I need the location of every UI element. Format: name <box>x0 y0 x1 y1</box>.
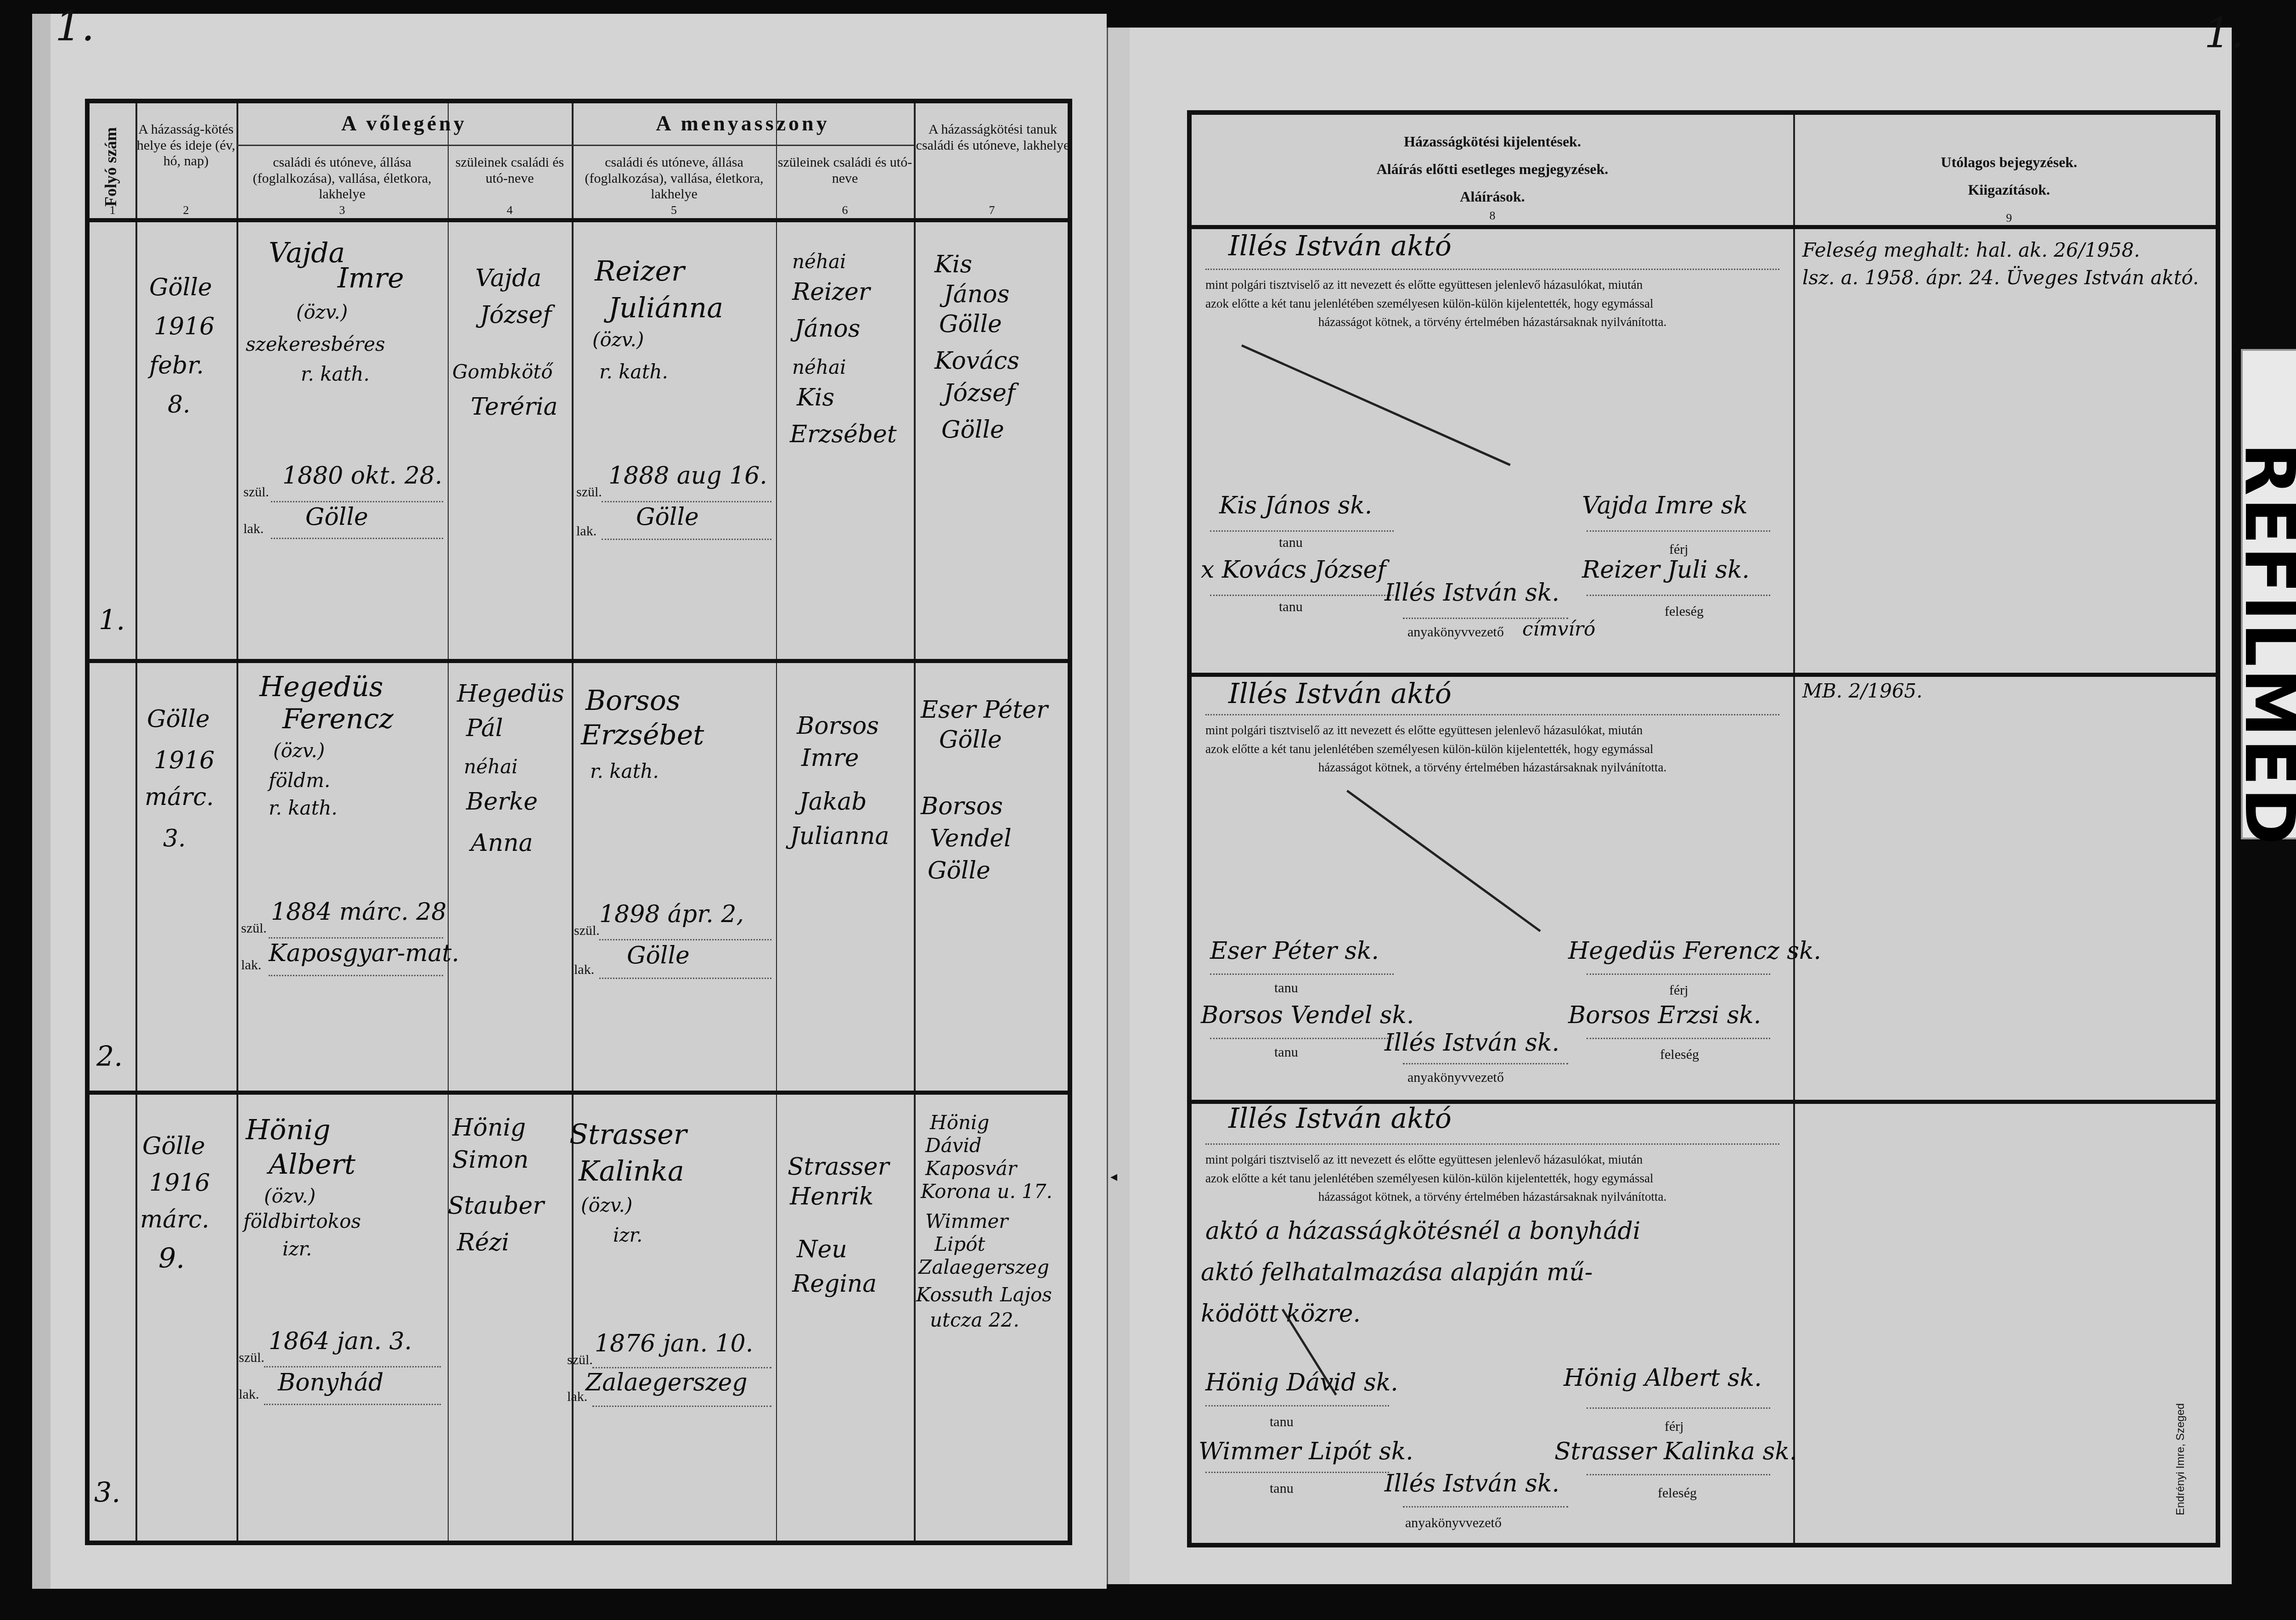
signature-witness2: x Kovács József <box>1201 556 1386 584</box>
header-col8-line3: Aláírások. <box>1192 188 1793 205</box>
strike-through-line <box>1346 790 1541 932</box>
bride-birth: 1888 aug 16. <box>608 461 767 490</box>
refilm-card: INTENTIONALLY REFILMED <box>2241 349 2296 839</box>
groom-birth: 1880 okt. 28. <box>282 461 442 490</box>
bride-religion: r. kath. <box>590 760 659 783</box>
groom-given-name: Ferencz <box>282 703 394 736</box>
groom-birth: 1884 márc. 28 <box>271 898 446 926</box>
signature-registrar: Illés István sk. <box>1384 1469 1559 1498</box>
refilm-line2: REFILMED <box>2229 443 2296 847</box>
groom-surname: Hegedüs <box>259 670 383 703</box>
bride-residence: Gölle <box>627 941 690 970</box>
groom-residence: Kaposgyar-mat. <box>269 939 459 967</box>
header-col4: szüleinek családi és utó-neve <box>449 155 571 186</box>
right-register-table: Házasságkötési kijelentések. Aláírás elő… <box>1187 110 2220 1547</box>
header-col9-line1: Utólagos bejegyzések. <box>1793 154 2225 171</box>
entry-number: 1. <box>99 604 125 637</box>
signature-registrar: Illés István sk. <box>1384 579 1559 607</box>
groom-residence: Gölle <box>305 503 368 531</box>
groom-birth: 1864 jan. 3. <box>269 1327 412 1356</box>
header-col8-line1: Házasságkötési kijelentések. <box>1192 133 1793 150</box>
printer-imprint: Endrényi Imre, Szeged <box>2174 1403 2187 1515</box>
signature-witness1: Eser Péter sk. <box>1210 937 1379 965</box>
officiant-name: Illés István aktó <box>1228 1102 1452 1135</box>
bride-residence: Zalaegerszeg <box>585 1368 748 1397</box>
groom-given-name: Imre <box>338 262 404 295</box>
signature-witness2: Borsos Vendel sk. <box>1201 1001 1414 1029</box>
bride-surname: Strasser <box>569 1118 687 1151</box>
bride-residence: Gölle <box>636 503 699 531</box>
later-entry-2: MB. 2/1965. <box>1802 680 1923 703</box>
signature-witness2: Wimmer Lipót sk. <box>1199 1437 1413 1466</box>
bride-birth: 1876 jan. 10. <box>595 1329 753 1358</box>
later-entry-1-line2: lsz. a. 1958. ápr. 24. Üveges István akt… <box>1802 266 2199 289</box>
groom-occupation: földbirtokos <box>243 1210 361 1233</box>
later-entry-1-line1: Feleség meghalt: hal. ak. 26/1958. <box>1802 239 2140 262</box>
groom-surname: Hönig <box>246 1114 331 1147</box>
left-register-table: Folyó szám A házasság-kötés helye és ide… <box>85 99 1072 1545</box>
header-bride: A menyasszony <box>572 112 914 136</box>
bride-given-name: Kalinka <box>579 1155 684 1188</box>
bride-given-name: Erzsébet <box>581 719 704 752</box>
bride-given-name: Juliánna <box>608 292 723 325</box>
signature-witness1: Hönig Dávid sk. <box>1205 1368 1398 1397</box>
signature-husband: Vajda Imre sk <box>1582 491 1748 520</box>
bride-surname: Reizer <box>595 255 685 288</box>
header-col6: szüleinek családi és utó-neve <box>777 155 913 186</box>
signature-registrar: Illés István sk. <box>1384 1029 1559 1057</box>
header-col7: A házasságkötési tanuk családi és utónev… <box>915 122 1071 153</box>
left-page-mark: 1. <box>55 2 95 51</box>
book-gutter <box>1107 28 1131 1584</box>
remark-line1: aktó a házasságkötésnél a bonyhádi <box>1205 1217 1640 1245</box>
signature-wife: Strasser Kalinka sk. <box>1554 1437 1797 1466</box>
header-col1: Folyó szám <box>101 127 120 207</box>
officiant-name: Illés István aktó <box>1228 230 1452 263</box>
groom-given-name: Albert <box>269 1148 355 1181</box>
groom-religion: r. kath. <box>269 797 338 820</box>
signature-wife: Borsos Erzsi sk. <box>1568 1001 1761 1029</box>
header-col2: A házasság-kötés helye és ideje (év, hó,… <box>136 122 236 169</box>
header-groom: A vőlegény <box>236 112 572 136</box>
groom-religion: r. kath. <box>301 363 370 386</box>
signature-wife: Reizer Juli sk. <box>1582 556 1750 584</box>
strike-through-line <box>1241 344 1511 466</box>
remark-line3: ködött közre. <box>1201 1299 1361 1328</box>
header-col3: családi és utóneve, állása (foglalkozása… <box>237 155 447 202</box>
binding-mark: ◂ <box>1110 1169 1117 1185</box>
entry-number: 2. <box>96 1040 123 1073</box>
right-page-mark: 1. <box>2204 9 2244 57</box>
groom-surname: Vajda <box>269 236 345 270</box>
bride-surname: Borsos <box>585 684 681 717</box>
groom-occupation: földm. <box>269 769 330 792</box>
signature-husband: Hegedüs Ferencz sk. <box>1568 937 1821 965</box>
bride-religion: r. kath. <box>599 360 668 383</box>
signature-husband: Hönig Albert sk. <box>1564 1364 1762 1392</box>
groom-religion: izr. <box>282 1237 312 1260</box>
officiant-name: Illés István aktó <box>1228 677 1452 710</box>
header-col5: családi és utóneve, állása (foglalkozása… <box>573 155 776 202</box>
entry-number: 3. <box>94 1476 120 1509</box>
groom-occupation: szekeresbéres <box>246 333 385 356</box>
bride-religion: izr. <box>613 1224 642 1247</box>
groom-residence: Bonyhád <box>278 1368 383 1397</box>
bride-birth: 1898 ápr. 2, <box>599 900 744 928</box>
remark-line2: aktó felhatalmazása alapján mű- <box>1201 1258 1593 1287</box>
signature-witness1: Kis János sk. <box>1219 491 1372 520</box>
header-col8-line2: Aláírás előtti esetleges megjegyzések. <box>1192 161 1793 178</box>
header-col9-line2: Kiigazítások. <box>1793 181 2225 198</box>
